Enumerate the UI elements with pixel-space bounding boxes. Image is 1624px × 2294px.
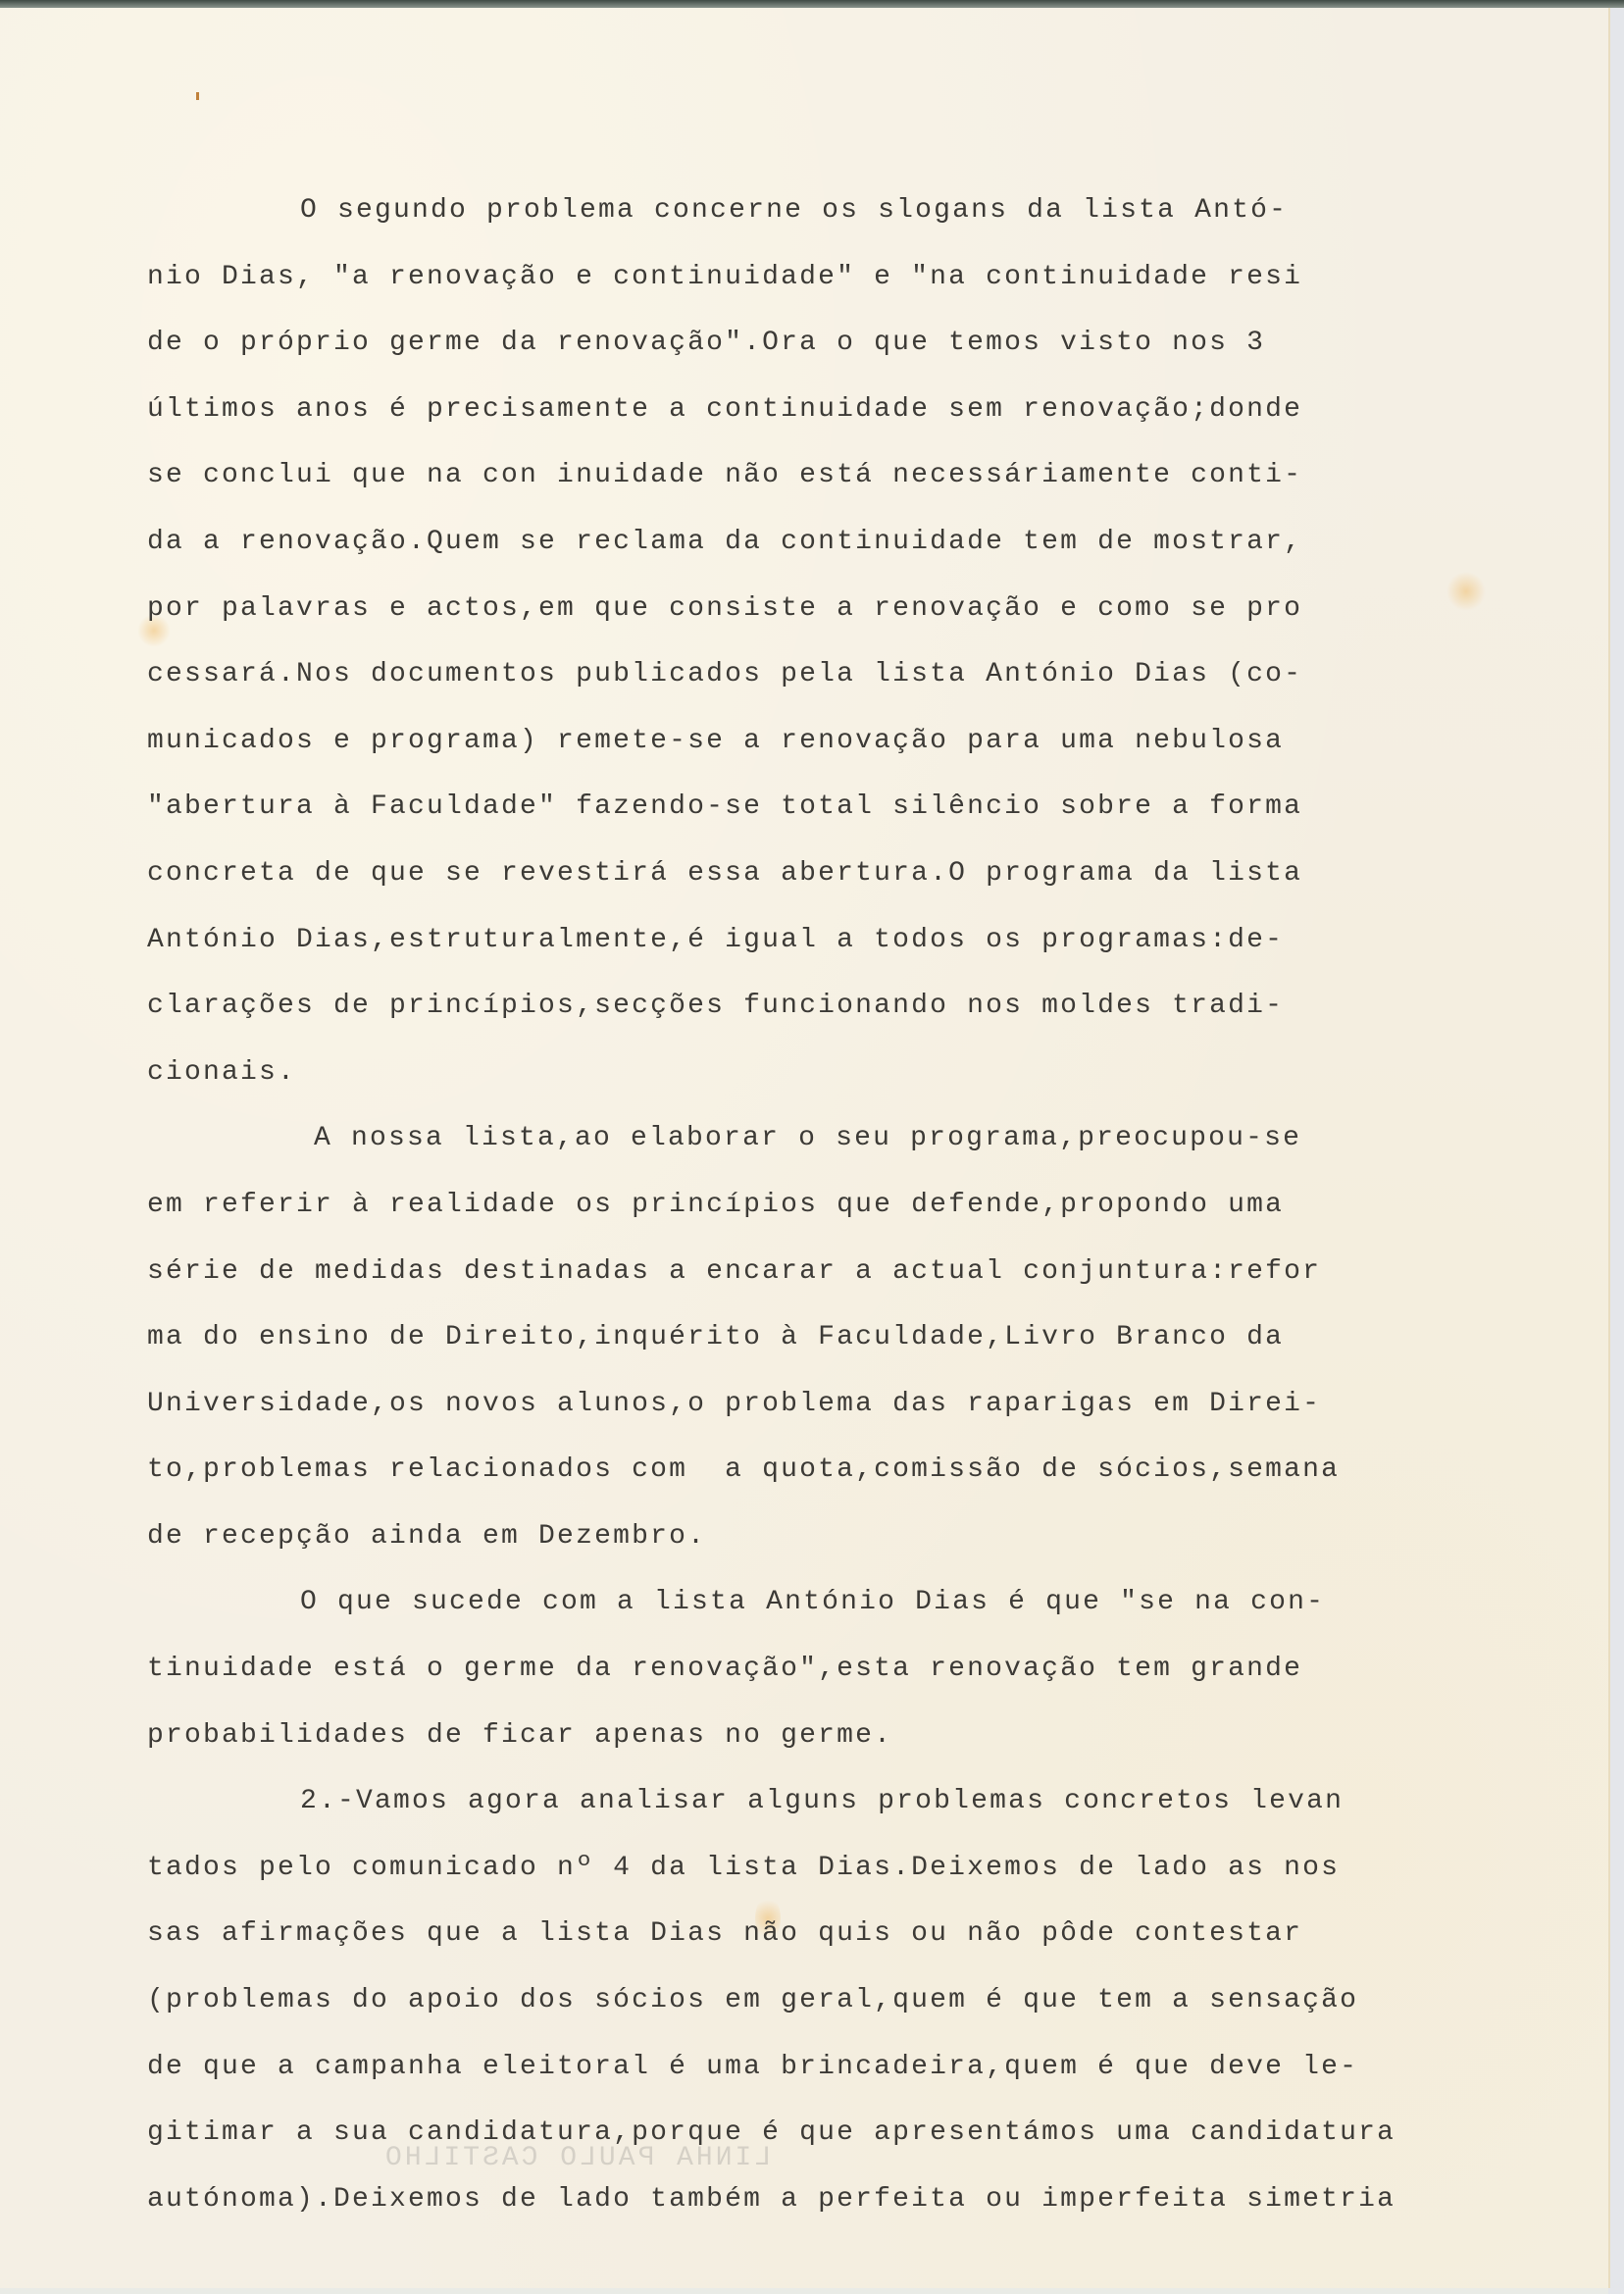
text-line: série de medidas destinadas a encarar a … [147,1248,1520,1314]
text-line: concreta de que se revestirá essa abertu… [147,849,1520,916]
text-line: O que sucede com a lista António Dias é … [147,1578,1520,1645]
text-line: clarações de princípios,secções funciona… [147,982,1520,1048]
text-line: tinuidade está o germe da renovação",est… [147,1645,1520,1711]
text-line: probabilidades de ficar apenas no germe. [147,1711,1520,1778]
paragraph-p1: O segundo problema concerne os slogans d… [147,186,1520,1114]
text-line: "abertura à Faculdade" fazendo-se total … [147,783,1520,849]
text-line: nio Dias, "a renovação e continuidade" e… [147,253,1520,320]
text-line: se conclui que na con inuidade não está … [147,451,1520,518]
text-line: (problemas do apoio dos sócios em geral,… [147,1976,1520,2043]
text-line: 2.-Vamos agora analisar alguns problemas… [147,1777,1520,1844]
text-line: de que a campanha eleitoral é uma brinca… [147,2043,1520,2110]
paragraph-p3: O que sucede com a lista António Dias é … [147,1578,1520,1777]
text-line: por palavras e actos,em que consiste a r… [147,585,1520,651]
text-line: sas afirmações que a lista Dias não quis… [147,1910,1520,1976]
text-line: gitimar a sua candidatura,porque é que a… [147,2109,1520,2175]
text-line: em referir à realidade os princípios que… [147,1181,1520,1248]
text-line: últimos anos é precisamente a continuida… [147,385,1520,452]
text-line: da a renovação.Quem se reclama da contin… [147,518,1520,585]
text-line: Universidade,os novos alunos,o problema … [147,1380,1520,1447]
text-line: de recepção ainda em Dezembro. [147,1512,1520,1579]
text-line: de o próprio germe da renovação".Ora o q… [147,319,1520,385]
document-body: O segundo problema concerne os slogans d… [147,186,1520,2241]
text-line: A nossa lista,ao elaborar o seu programa… [147,1114,1520,1181]
paragraph-p2: A nossa lista,ao elaborar o seu programa… [147,1114,1520,1578]
text-line: cessará.Nos documentos publicados pela l… [147,650,1520,717]
scanner-margin [1608,8,1624,2294]
text-line: municados e programa) remete-se a renova… [147,717,1520,784]
text-line: O segundo problema concerne os slogans d… [147,186,1520,253]
text-line: autónoma).Deixemos de lado também a perf… [147,2175,1520,2242]
scanner-edge [0,0,1624,8]
text-line: cionais. [147,1048,1520,1115]
punch-mark [196,92,199,100]
text-line: tados pelo comunicado nº 4 da lista Dias… [147,1844,1520,1911]
text-line: António Dias,estruturalmente,é igual a t… [147,916,1520,983]
text-line: to,problemas relacionados com a quota,co… [147,1446,1520,1512]
paragraph-p4: 2.-Vamos agora analisar alguns problemas… [147,1777,1520,2241]
text-line: ma do ensino de Direito,inquérito à Facu… [147,1313,1520,1380]
